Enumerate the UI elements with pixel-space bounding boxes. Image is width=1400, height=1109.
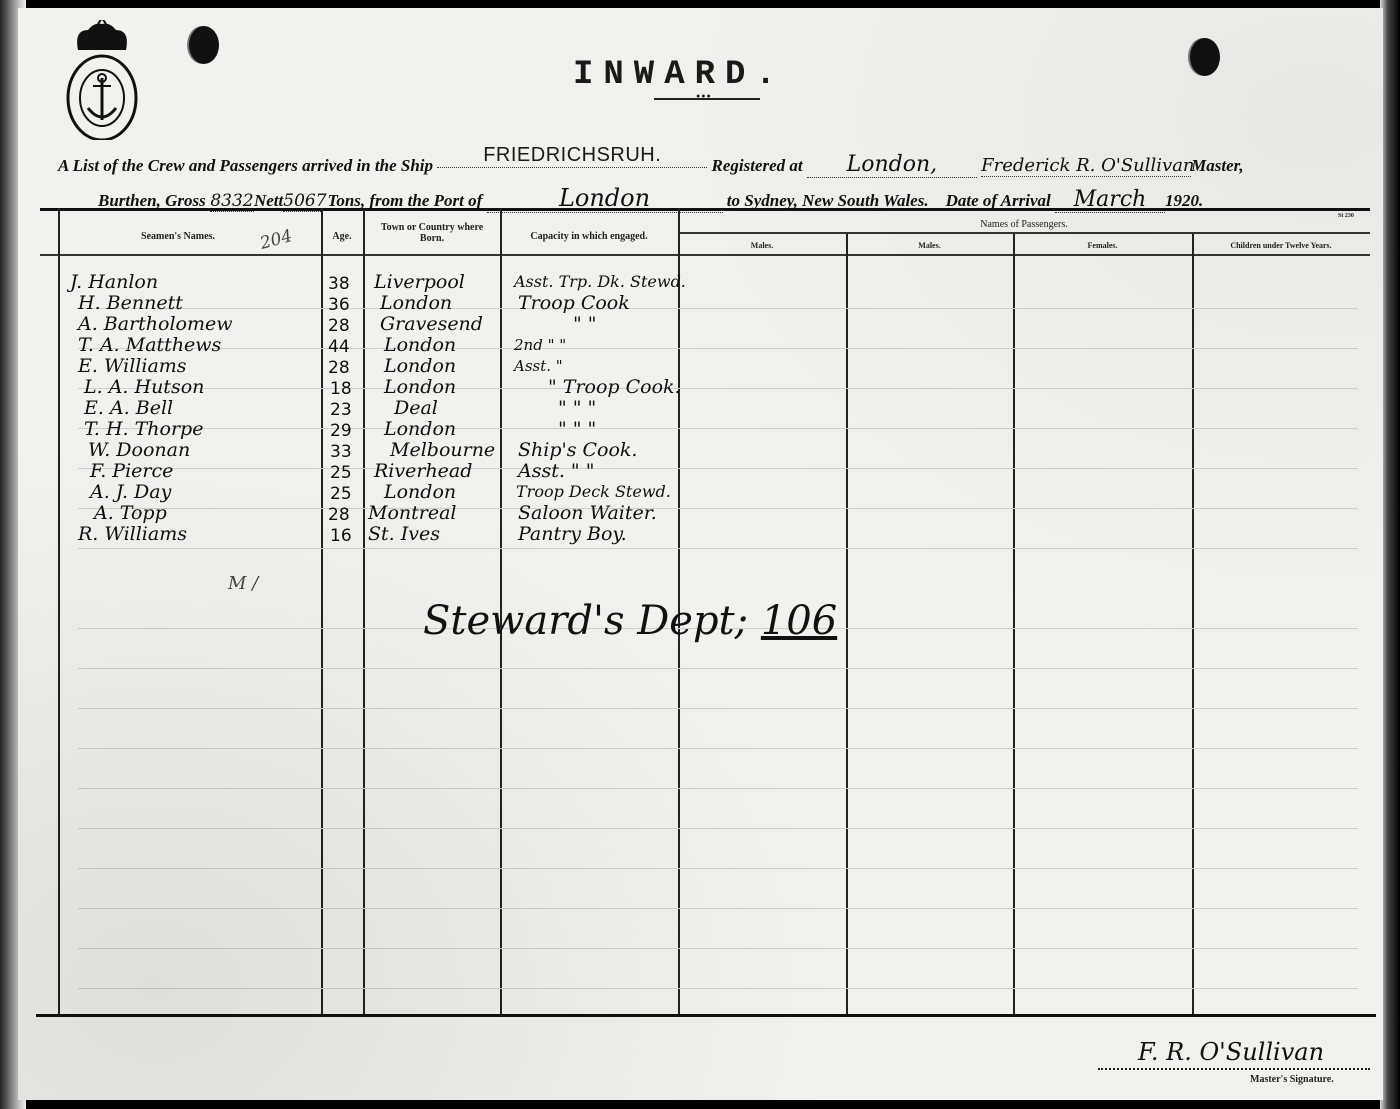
registered-label: Registered at bbox=[712, 156, 803, 175]
seaman-town: London bbox=[384, 419, 456, 439]
seaman-name: W. Doonan bbox=[88, 440, 190, 460]
page-title: INWARD. bbox=[573, 56, 786, 94]
signature-label: Master's Signature. bbox=[1250, 1074, 1334, 1085]
seaman-age: 38 bbox=[328, 274, 350, 294]
ruled-line bbox=[78, 388, 1358, 389]
ruled-line bbox=[78, 868, 1358, 869]
col-line-town bbox=[363, 208, 365, 1014]
seaman-age: 23 bbox=[330, 400, 352, 420]
col-line-females bbox=[1013, 234, 1015, 1014]
col-line-age bbox=[321, 208, 323, 1014]
ship-name-field: FRIEDRICHSRUH. bbox=[437, 144, 707, 168]
seaman-capacity: Ship's Cook. bbox=[518, 440, 637, 460]
ruled-line bbox=[78, 348, 1358, 349]
column-header-age: Age. bbox=[321, 231, 363, 242]
seaman-age: 33 bbox=[330, 442, 352, 462]
punch-hole-left bbox=[189, 26, 219, 64]
seaman-name: E. Williams bbox=[78, 356, 187, 376]
seaman-town: London bbox=[384, 356, 456, 376]
seaman-capacity: Asst. " bbox=[514, 356, 563, 376]
ruled-line bbox=[78, 548, 1358, 549]
ruled-line bbox=[78, 908, 1358, 909]
column-header-females: Females. bbox=[1013, 241, 1192, 250]
seaman-town: Montreal bbox=[368, 503, 457, 523]
column-header-children: Children under Twelve Years. bbox=[1192, 241, 1370, 250]
seaman-age: 18 bbox=[330, 379, 352, 399]
seaman-name: T. A. Matthews bbox=[78, 335, 221, 355]
passengers-group-rule bbox=[680, 232, 1370, 234]
ruled-line bbox=[78, 468, 1358, 469]
seaman-name: R. Williams bbox=[78, 524, 187, 544]
ruled-line bbox=[78, 668, 1358, 669]
ruled-line bbox=[78, 788, 1358, 789]
seaman-name: A. Topp bbox=[94, 503, 167, 523]
table-top-rule bbox=[40, 208, 1370, 211]
department-label: Steward's Dept; bbox=[423, 598, 748, 644]
seaman-age: 36 bbox=[328, 295, 350, 315]
seaman-name: H. Bennett bbox=[78, 293, 183, 313]
seaman-town: London bbox=[384, 335, 456, 355]
column-header-capacity: Capacity in which engaged. bbox=[500, 231, 678, 242]
margin-note: M / bbox=[228, 573, 258, 594]
seaman-name: A. Bartholomew bbox=[78, 314, 233, 334]
registered-at-field: London, bbox=[807, 152, 977, 178]
seaman-town: Melbourne bbox=[390, 440, 495, 460]
seaman-capacity: Asst. Trp. Dk. Stewd. bbox=[514, 272, 686, 292]
seaman-capacity: Troop Deck Stewd. bbox=[516, 482, 671, 502]
title-ornament-divider bbox=[654, 98, 760, 100]
seaman-town: St. Ives bbox=[368, 524, 440, 544]
seaman-capacity: " Troop Cook. bbox=[548, 377, 681, 397]
seaman-name: L. A. Hutson bbox=[84, 377, 204, 397]
seaman-capacity: " " " bbox=[558, 419, 596, 439]
seaman-capacity: " " bbox=[573, 314, 597, 334]
department-count: 106 bbox=[761, 598, 837, 644]
punch-hole-right bbox=[1190, 38, 1220, 76]
seaman-name: A. J. Day bbox=[90, 482, 171, 502]
list-intro-label: A List of the Crew and Passengers arrive… bbox=[58, 156, 433, 175]
ruled-line bbox=[78, 828, 1358, 829]
header-bottom-rule bbox=[40, 254, 1370, 256]
seaman-capacity: Pantry Boy. bbox=[518, 524, 627, 544]
col-line-males2 bbox=[846, 234, 848, 1014]
ruled-line bbox=[78, 708, 1358, 709]
seaman-age: 16 bbox=[330, 526, 352, 546]
column-header-town: Town or Country where Born. bbox=[373, 222, 491, 244]
master-signature: F. R. O'Sullivan bbox=[1138, 1038, 1324, 1066]
seaman-town: Liverpool bbox=[374, 272, 465, 292]
column-header-males-2: Males. bbox=[846, 241, 1013, 250]
seaman-name: J. Hanlon bbox=[70, 272, 158, 292]
column-header-males-1: Males. bbox=[678, 241, 846, 250]
seaman-town: London bbox=[380, 293, 452, 313]
seaman-capacity: " " " bbox=[558, 398, 596, 418]
ruled-line bbox=[78, 748, 1358, 749]
col-line-left bbox=[58, 208, 60, 1014]
master-label: Master, bbox=[1191, 156, 1243, 175]
seaman-age: 28 bbox=[328, 358, 350, 378]
ruled-line bbox=[78, 948, 1358, 949]
shipping-master-seal-icon bbox=[64, 20, 140, 140]
seaman-town: Deal bbox=[394, 398, 438, 418]
header-line-ship: A List of the Crew and Passengers arrive… bbox=[58, 152, 1244, 178]
seaman-age: 25 bbox=[330, 463, 352, 483]
department-summary: Steward's Dept; 106 bbox=[423, 598, 837, 644]
ruled-line bbox=[78, 308, 1358, 309]
ruled-line bbox=[78, 508, 1358, 509]
scan-right-edge bbox=[1380, 0, 1400, 1109]
seaman-town: Riverhead bbox=[374, 461, 472, 481]
seaman-town: London bbox=[384, 482, 456, 502]
seaman-town: Gravesend bbox=[380, 314, 483, 334]
ruled-line bbox=[78, 988, 1358, 989]
seaman-capacity: 2nd " " bbox=[514, 335, 566, 355]
signature-line bbox=[1098, 1068, 1370, 1070]
col-line-children bbox=[1192, 234, 1194, 1014]
seaman-age: 28 bbox=[328, 505, 350, 525]
master-name-field: Frederick R. O'Sullivan bbox=[981, 155, 1191, 177]
seaman-capacity: Asst. " " bbox=[518, 461, 594, 481]
seaman-age: 29 bbox=[330, 421, 352, 441]
column-header-passengers: Names of Passengers. bbox=[678, 219, 1370, 230]
seaman-name: T. H. Thorpe bbox=[84, 419, 203, 439]
seaman-name: F. Pierce bbox=[90, 461, 173, 481]
seaman-age: 28 bbox=[328, 316, 350, 336]
seaman-name: E. A. Bell bbox=[84, 398, 173, 418]
seaman-age: 25 bbox=[330, 484, 352, 504]
table-bottom-rule bbox=[36, 1014, 1376, 1017]
ruled-line bbox=[78, 428, 1358, 429]
document-page: INWARD. A List of the Crew and Passenger… bbox=[18, 8, 1383, 1100]
seaman-town: London bbox=[384, 377, 456, 397]
seaman-capacity: Saloon Waiter. bbox=[518, 503, 657, 523]
seaman-age: 44 bbox=[328, 337, 350, 357]
seaman-capacity: Troop Cook bbox=[518, 293, 630, 313]
